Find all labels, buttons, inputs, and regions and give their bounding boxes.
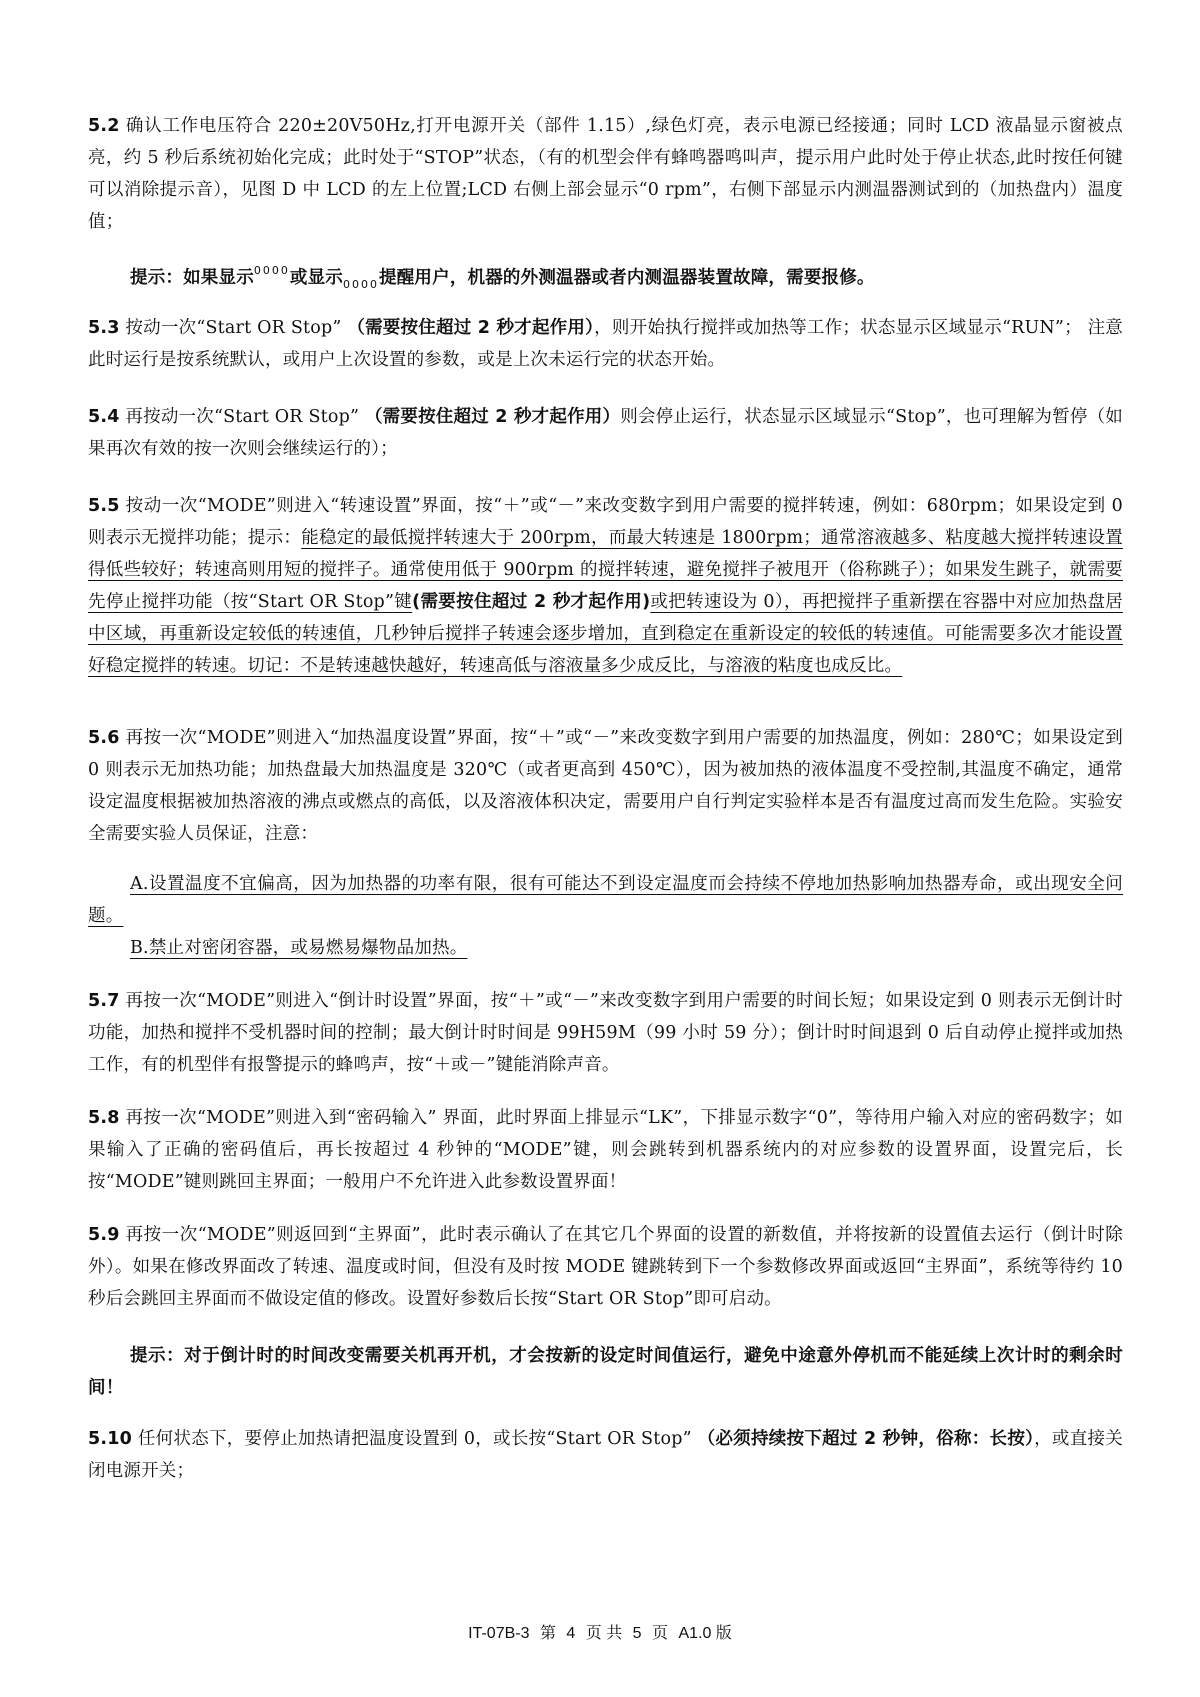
section-5-9: 5.9 再按一次“MODE”则返回到“主界面”，此时表示确认了在其它几个界面的设… xyxy=(88,1219,1123,1315)
subscript-zeros: 0000 xyxy=(343,278,379,291)
section-number: 5.4 xyxy=(88,407,120,427)
page-label: 页 共 xyxy=(586,1625,622,1642)
bold-note: （必须持续按下超过 2 秒钟，俗称：长按） xyxy=(698,1429,1035,1449)
page-label: 第 xyxy=(540,1625,556,1642)
section-number: 5.10 xyxy=(88,1429,132,1449)
section-text: 再按一次“MODE”则进入“加热温度设置”界面，按“＋”或“－”来改变数字到用户… xyxy=(88,728,1123,844)
section-number: 5.3 xyxy=(88,318,120,338)
section-5-5: 5.5 按动一次“MODE”则进入“转速设置”界面，按“＋”或“－”来改变数字到… xyxy=(88,490,1123,682)
section-text: 再按一次“MODE”则进入“倒计时设置”界面，按“＋”或“－”来改变数字到用户需… xyxy=(88,991,1123,1075)
bold-note: (需要按住超过 2 秒才起作用) xyxy=(412,592,650,612)
section-text: 再按一次“MODE”则返回到“主界面”，此时表示确认了在其它几个界面的设置的新数… xyxy=(88,1225,1123,1309)
hint-prefix: 提示：如果显示 xyxy=(130,268,254,288)
page-current: 4 xyxy=(566,1625,575,1642)
hint-countdown: 提示：对于倒计时的时间改变需要关机再开机，才会按新的设定时间值运行，避免中途意外… xyxy=(88,1340,1123,1404)
section-number: 5.2 xyxy=(88,116,120,136)
section-number: 5.9 xyxy=(88,1225,120,1245)
section-number: 5.8 xyxy=(88,1108,120,1128)
section-5-2: 5.2 确认工作电压符合 220±20V50Hz,打开电源开关（部件 1.15）… xyxy=(88,110,1123,238)
section-text: 确认工作电压符合 220±20V50Hz,打开电源开关（部件 1.15）,绿色灯… xyxy=(88,116,1123,232)
section-text: 再按动一次“Start OR Stop” xyxy=(120,407,365,427)
hint-suffix: 提醒用户，机器的外测温器或者内测温器装置故障，需要报修。 xyxy=(379,268,875,288)
doc-id: IT-07B-3 xyxy=(468,1625,529,1642)
bold-note: （需要按住超过 2 秒才起作用） xyxy=(347,318,594,338)
section-number: 5.5 xyxy=(88,496,120,516)
section-text: 再按一次“MODE”则进入到“密码输入” 界面，此时界面上排显示“LK”，下排显… xyxy=(88,1108,1123,1192)
bold-note: （需要按住超过 2 秒才起作用） xyxy=(365,407,620,427)
section-text: 任何状态下，要停止加热请把温度设置到 0，或长按“Start OR Stop” xyxy=(132,1429,698,1449)
warning-b: B.禁止对密闭容器，或易燃易爆物品加热。 xyxy=(88,932,1123,964)
section-5-6: 5.6 再按一次“MODE”则进入“加热温度设置”界面，按“＋”或“－”来改变数… xyxy=(88,722,1123,850)
page-label: 页 xyxy=(652,1625,668,1642)
page-footer: IT-07B-3 第 4 页 共 5 页 A1.0 版 xyxy=(0,1620,1200,1643)
section-text: 按动一次“Start OR Stop” xyxy=(120,318,348,338)
hint-mid: 或显示 xyxy=(290,268,343,288)
superscript-zeros: 0000 xyxy=(254,264,290,277)
section-5-3: 5.3 按动一次“Start OR Stop” （需要按住超过 2 秒才起作用）… xyxy=(88,312,1123,376)
hint-sensor-fault: 提示：如果显示0000或显示0000提醒用户，机器的外测温器或者内测温器装置故障… xyxy=(88,255,1123,301)
warning-a: A.设置温度不宜偏高，因为加热器的功率有限，很有可能达不到设定温度而会持续不停地… xyxy=(88,868,1123,932)
section-5-10: 5.10 任何状态下，要停止加热请把温度设置到 0，或长按“Start OR S… xyxy=(88,1423,1123,1487)
section-number: 5.7 xyxy=(88,991,120,1011)
page-total: 5 xyxy=(633,1625,642,1642)
section-5-7: 5.7 再按一次“MODE”则进入“倒计时设置”界面，按“＋”或“－”来改变数字… xyxy=(88,985,1123,1081)
version: A1.0 版 xyxy=(679,1625,732,1642)
section-5-8: 5.8 再按一次“MODE”则进入到“密码输入” 界面，此时界面上排显示“LK”… xyxy=(88,1102,1123,1198)
section-number: 5.6 xyxy=(88,728,120,748)
section-5-4: 5.4 再按动一次“Start OR Stop” （需要按住超过 2 秒才起作用… xyxy=(88,401,1123,465)
